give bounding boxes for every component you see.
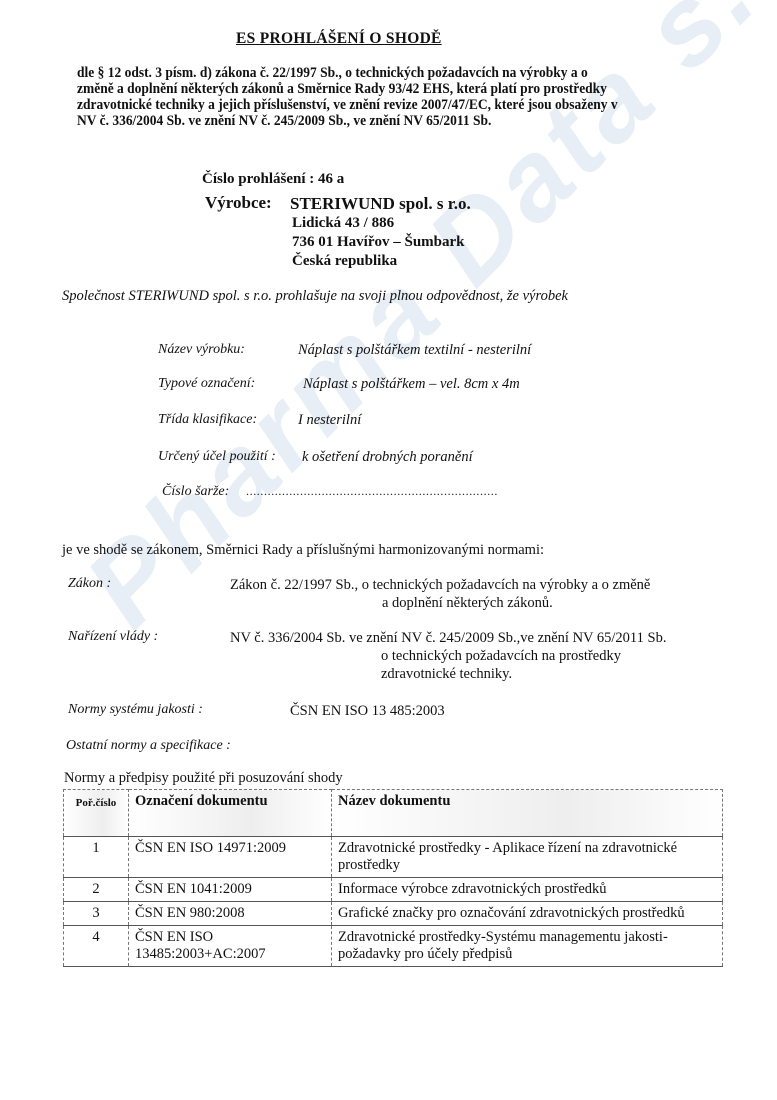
table-row: 4 ČSN EN ISO 13485:2003+AC:2007 Zdravotn…: [64, 926, 723, 967]
field-label-product-name: Název výrobku:: [158, 342, 245, 358]
cell-number: 1: [64, 837, 129, 878]
table-row: 2 ČSN EN 1041:2009 Informace výrobce zdr…: [64, 878, 723, 902]
intro-line: zdravotnické techniky a jejich příslušen…: [77, 97, 672, 113]
declaration-number: Číslo prohlášení : 46 a: [202, 171, 344, 188]
cell-number: 2: [64, 878, 129, 902]
field-label-batch: Číslo šarže:: [162, 484, 229, 500]
field-label-intended-use: Určený účel použití :: [158, 449, 276, 465]
law-label-regulation: Nařízení vlády :: [68, 629, 158, 645]
field-label-type: Typové označení:: [158, 376, 255, 392]
field-value-type: Náplast s polštářkem – vel. 8cm x 4m: [303, 376, 520, 393]
law-text-regulation-line: NV č. 336/2004 Sb. ve znění NV č. 245/20…: [230, 629, 666, 648]
manufacturer-label: Výrobce:: [205, 193, 272, 213]
field-label-class: Třída klasifikace:: [158, 412, 257, 428]
field-value-intended-use: k ošetření drobných poranění: [302, 449, 473, 466]
field-value-batch: ........................................…: [246, 484, 498, 499]
column-header-number: Poř.číslo: [64, 790, 129, 837]
law-text-regulation-line: zdravotnické techniky.: [381, 665, 512, 684]
cell-code: ČSN EN ISO 13485:2003+AC:2007: [129, 926, 332, 967]
cell-code: ČSN EN 1041:2009: [129, 878, 332, 902]
intro-paragraph: dle § 12 odst. 3 písm. d) zákona č. 22/1…: [77, 65, 672, 129]
intro-line: NV č. 336/2004 Sb. ve znění NV č. 245/20…: [77, 113, 672, 129]
manufacturer-address-line: 736 01 Havířov – Šumbark: [290, 233, 471, 252]
law-label-quality-norms: Normy systému jakosti :: [68, 702, 203, 718]
column-header-name: Název dokumentu: [332, 790, 723, 837]
conformity-statement: je ve shodě se zákonem, Směrnici Rady a …: [62, 542, 544, 559]
field-value-class: I nesterilní: [298, 412, 361, 429]
table-header-row: Poř.číslo Označení dokumentu Název dokum…: [64, 790, 723, 837]
norms-table: Poř.číslo Označení dokumentu Název dokum…: [63, 789, 723, 967]
cell-number: 4: [64, 926, 129, 967]
cell-name: Informace výrobce zdravotnických prostře…: [332, 878, 723, 902]
law-text-act-line: Zákon č. 22/1997 Sb., o technických poža…: [230, 576, 650, 595]
cell-name: Grafické značky pro označování zdravotni…: [332, 902, 723, 926]
table-row: 1 ČSN EN ISO 14971:2009 Zdravotnické pro…: [64, 837, 723, 878]
law-text-regulation-line: o technických požadavcích na prostředky: [381, 647, 621, 666]
manufacturer-address-line: Lidická 43 / 886: [290, 214, 471, 233]
table-row: 3 ČSN EN 980:2008 Grafické značky pro oz…: [64, 902, 723, 926]
cell-number: 3: [64, 902, 129, 926]
manufacturer-name: STERIWUND spol. s r.o.: [290, 193, 471, 214]
intro-line: změně a doplnění některých zákonů a Směr…: [77, 81, 672, 97]
cell-name: Zdravotnické prostředky - Aplikace řízen…: [332, 837, 723, 878]
responsibility-statement: Společnost STERIWUND spol. s r.o. prohla…: [62, 288, 568, 305]
intro-line: dle § 12 odst. 3 písm. d) zákona č. 22/1…: [77, 65, 672, 81]
norms-table-title: Normy a předpisy použité při posuzování …: [64, 770, 343, 787]
cell-code: ČSN EN ISO 14971:2009: [129, 837, 332, 878]
document-page: ES PROHLÁŠENÍ O SHODĚ dle § 12 odst. 3 p…: [0, 0, 777, 1100]
law-text-quality-norms: ČSN EN ISO 13 485:2003: [290, 702, 445, 721]
law-label-act: Zákon :: [68, 576, 111, 592]
law-text-act-line: a doplnění některých zákonů.: [382, 594, 553, 613]
manufacturer-address-line: Česká republika: [290, 252, 471, 271]
cell-code: ČSN EN 980:2008: [129, 902, 332, 926]
law-label-other-norms: Ostatní normy a specifikace :: [66, 738, 231, 754]
manufacturer-block: STERIWUND spol. s r.o. Lidická 43 / 886 …: [290, 193, 471, 271]
field-value-product-name: Náplast s polštářkem textilní - nesteril…: [298, 342, 531, 359]
column-header-code: Označení dokumentu: [129, 790, 332, 837]
document-title: ES PROHLÁŠENÍ O SHODĚ: [236, 30, 442, 48]
cell-name: Zdravotnické prostředky-Systému manageme…: [332, 926, 723, 967]
